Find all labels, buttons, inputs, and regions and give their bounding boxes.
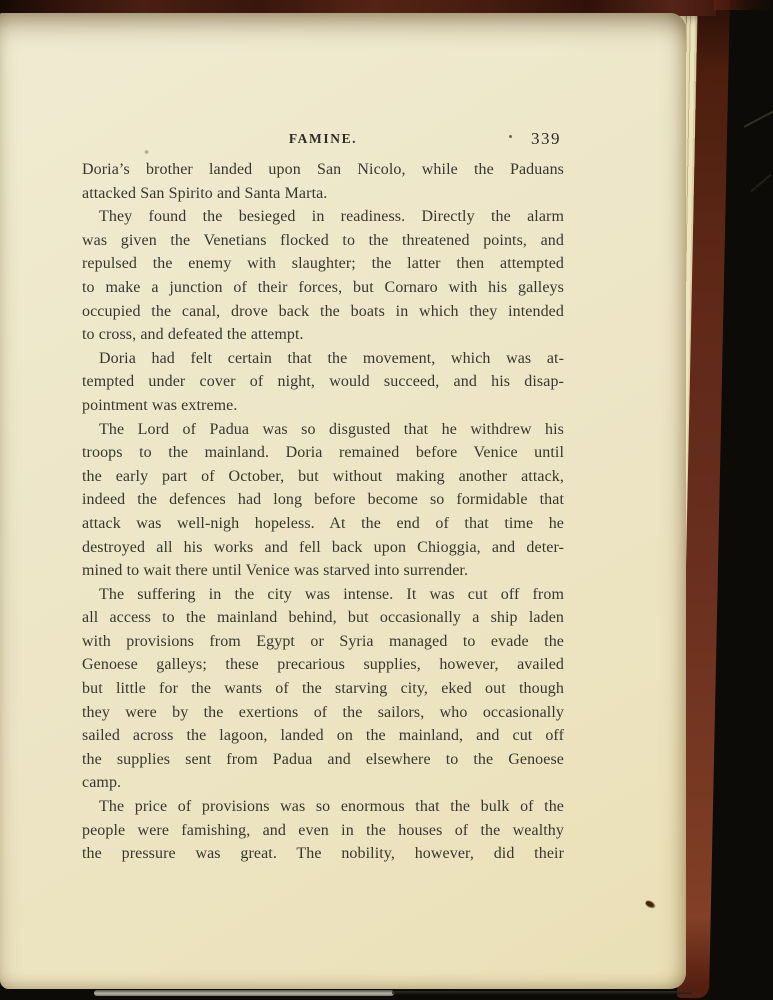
text-line: repulsed the enemy with slaughter; the l… <box>82 252 564 276</box>
scratch-mark <box>744 110 773 128</box>
page-number: 339 <box>531 129 561 149</box>
text-line: The price of provisions was so enormous … <box>82 795 564 819</box>
book-page: FAMINE. 339 Doria’s brother landed upon … <box>0 13 686 989</box>
page-paragraph: The Lord of Padua was so disgusted that … <box>82 418 564 583</box>
body-text: Doria’s brother landed upon San Nicolo, … <box>82 158 564 866</box>
text-line: The Lord of Padua was so disgusted that … <box>82 418 564 442</box>
text-line: people were famishing, and even in the h… <box>82 819 564 843</box>
text-line: pointment was extreme. <box>82 394 564 418</box>
photo-background: FAMINE. 339 Doria’s brother landed upon … <box>0 0 773 1000</box>
text-line: Doria’s brother landed upon San Nicolo, … <box>82 158 564 182</box>
text-line: destroyed all his works and fell back up… <box>82 536 564 560</box>
scratch-mark <box>750 174 771 192</box>
page-paragraph: They found the besieged in readiness. Di… <box>82 205 564 347</box>
page-paragraph: Doria had felt certain that the movement… <box>82 347 564 418</box>
page-paragraph: The suffering in the city was intense. I… <box>82 583 564 795</box>
text-line: to cross, and defeated the attempt. <box>82 323 564 347</box>
text-line: the supplies sent from Padua and elsewhe… <box>82 748 564 772</box>
ink-stain <box>644 899 657 910</box>
text-line: The suffering in the city was intense. I… <box>82 583 564 607</box>
text-line: They found the besieged in readiness. Di… <box>82 205 564 229</box>
paper-speck <box>509 135 512 138</box>
text-line: they were by the exertions of the sailor… <box>82 701 564 725</box>
book-cover-corner <box>714 0 773 10</box>
text-line: was given the Venetians flocked to the t… <box>82 229 564 253</box>
text-line: tempted under cover of night, would succ… <box>82 370 564 394</box>
text-line: the early part of October, but without m… <box>82 465 564 489</box>
text-line: troops to the mainland. Doria remained b… <box>82 441 564 465</box>
running-title: FAMINE. <box>82 131 564 147</box>
text-line: the pressure was great. The nobility, ho… <box>82 842 564 866</box>
page-paragraph: The price of provisions was so enormous … <box>82 795 564 866</box>
text-line: with provisions from Egypt or Syria mana… <box>82 630 564 654</box>
text-line: occupied the canal, drove back the boats… <box>82 300 564 324</box>
table-edge-highlight <box>94 990 394 996</box>
text-line: mined to wait there until Venice was sta… <box>82 559 564 583</box>
paper-speck <box>144 150 149 154</box>
text-line: Genoese galleys; these precarious suppli… <box>82 653 564 677</box>
text-line: all access to the mainland behind, but o… <box>82 606 564 630</box>
text-line: attacked San Spirito and Santa Marta. <box>82 182 564 206</box>
text-line: attack was well-nigh hopeless. At the en… <box>82 512 564 536</box>
page-paragraph: Doria’s brother landed upon San Nicolo, … <box>82 158 564 205</box>
table-edge-shadow <box>392 991 692 994</box>
text-line: Doria had felt certain that the movement… <box>82 347 564 371</box>
text-line: camp. <box>82 771 564 795</box>
text-line: but little for the wants of the starving… <box>82 677 564 701</box>
text-line: to make a junction of their forces, but … <box>82 276 564 300</box>
text-line: indeed the defences had long before beco… <box>82 488 564 512</box>
page-header: FAMINE. 339 <box>82 129 564 149</box>
text-line: sailed across the lagoon, landed on the … <box>82 724 564 748</box>
